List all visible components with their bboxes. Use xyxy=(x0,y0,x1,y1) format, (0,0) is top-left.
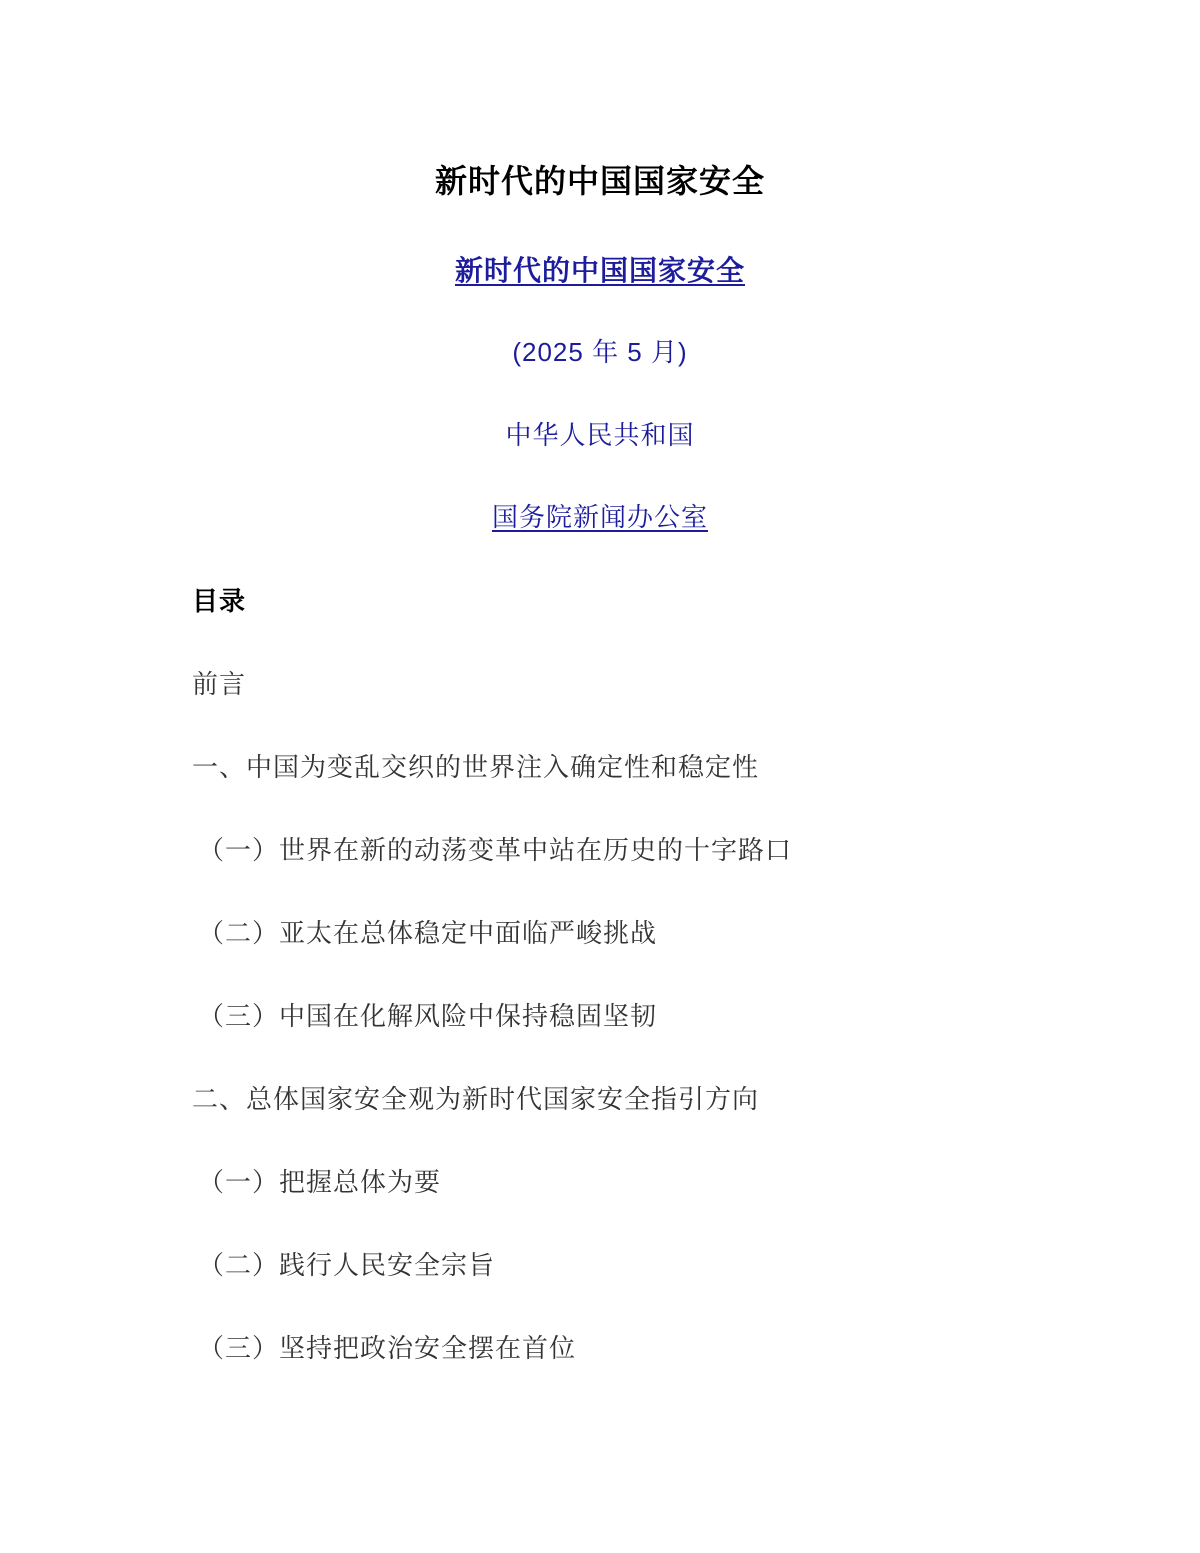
document-title: 新时代的中国国家安全 xyxy=(192,165,1008,197)
publication-date: (2025 年 5 月) xyxy=(192,339,1008,365)
document-title-link[interactable]: 新时代的中国国家安全 xyxy=(455,257,745,285)
document-page: 新时代的中国国家安全 新时代的中国国家安全 (2025 年 5 月) 中华人民共… xyxy=(0,0,1200,1553)
issuer-office-link[interactable]: 国务院新闻办公室 xyxy=(192,504,1008,530)
table-of-contents: 目录 前言 一、中国为变乱交织的世界注入确定性和稳定性 （一）世界在新的动荡变革… xyxy=(192,588,1050,1361)
toc-item-chapter-2: 二、总体国家安全观为新时代国家安全指引方向 xyxy=(192,1086,1050,1112)
toc-item-preface: 前言 xyxy=(192,671,1050,697)
toc-item-chapter-1-section-2: （二）亚太在总体稳定中面临严峻挑战 xyxy=(192,920,1050,946)
toc-item-chapter-2-section-1: （一）把握总体为要 xyxy=(192,1169,1050,1195)
toc-item-chapter-1-section-1: （一）世界在新的动荡变革中站在历史的十字路口 xyxy=(192,837,1050,863)
toc-item-chapter-1: 一、中国为变乱交织的世界注入确定性和稳定性 xyxy=(192,754,1050,780)
document-content: 新时代的中国国家安全 新时代的中国国家安全 (2025 年 5 月) 中华人民共… xyxy=(0,0,1200,1361)
document-header: 新时代的中国国家安全 新时代的中国国家安全 (2025 年 5 月) 中华人民共… xyxy=(192,165,1008,530)
toc-heading: 目录 xyxy=(192,588,1050,614)
issuer-country: 中华人民共和国 xyxy=(192,422,1008,448)
toc-item-chapter-2-section-2: （二）践行人民安全宗旨 xyxy=(192,1252,1050,1278)
toc-item-chapter-1-section-3: （三）中国在化解风险中保持稳固坚韧 xyxy=(192,1003,1050,1029)
toc-item-chapter-2-section-3: （三）坚持把政治安全摆在首位 xyxy=(192,1335,1050,1361)
